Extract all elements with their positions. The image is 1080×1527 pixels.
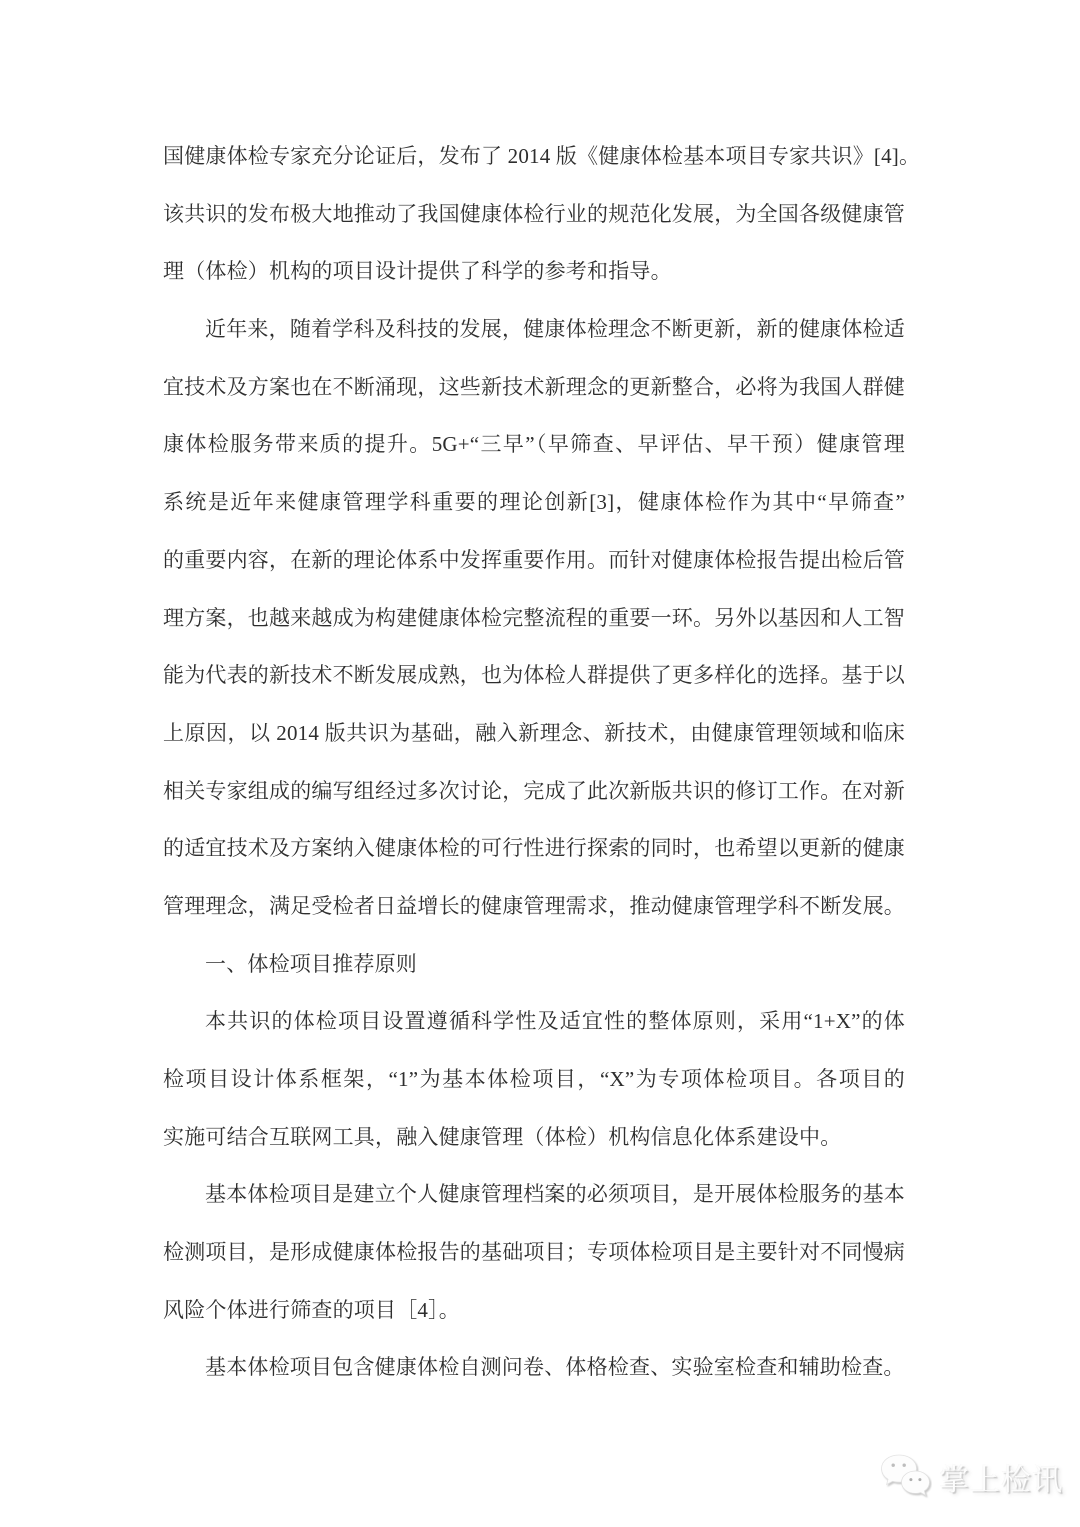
text-line: 近年来，随着学科及科技的发展，健康体检理念不断更新，新的健康体检适 [163,301,905,359]
text-line: 国健康体检专家充分论证后，发布了 2014 版《健康体检基本项目专家共识》[4]… [163,128,905,186]
watermark-label: 掌上检讯 [939,1455,1063,1499]
text-line: 该共识的发布极大地推动了我国健康体检行业的规范化发展，为全国各级健康管 [163,186,905,244]
text-line: 基本体检项目包含健康体检自测问卷、体格检查、实验室检查和辅助检查。 [163,1339,905,1397]
wechat-bubbles-icon [878,1452,932,1502]
text-line: 的适宜技术及方案纳入健康体检的可行性进行探索的同时，也希望以更新的健康 [163,820,905,878]
watermark: 掌上检讯 [878,1446,1068,1508]
section-heading: 一、体检项目推荐原则 [163,936,905,994]
paragraph: 基本体检项目是建立个人健康管理档案的必须项目，是开展体检服务的基本检测项目，是形… [163,1166,905,1339]
text-line: 实施可结合互联网工具，融入健康管理（体检）机构信息化体系建设中。 [163,1109,905,1167]
text-line: 康体检服务带来质的提升。5G+“三早”（早筛查、早评估、早干预）健康管理 [163,416,905,474]
text-line: 系统是近年来健康管理学科重要的理论创新[3]，健康体检作为其中“早筛查” [163,474,905,532]
paragraph: 国健康体检专家充分论证后，发布了 2014 版《健康体检基本项目专家共识》[4]… [163,128,905,301]
text-line: 检测项目，是形成健康体检报告的基础项目；专项体检项目是主要针对不同慢病 [163,1224,905,1282]
text-line: 基本体检项目是建立个人健康管理档案的必须项目，是开展体检服务的基本 [163,1166,905,1224]
text-line: 相关专家组成的编写组经过多次讨论，完成了此次新版共识的修订工作。在对新 [163,763,905,821]
text-line: 本共识的体检项目设置遵循科学性及适宜性的整体原则，采用“1+X”的体 [163,993,905,1051]
paragraph: 本共识的体检项目设置遵循科学性及适宜性的整体原则，采用“1+X”的体检项目设计体… [163,993,905,1166]
text-line: 上原因，以 2014 版共识为基础，融入新理念、新技术，由健康管理领域和临床 [163,705,905,763]
text-line: 理方案，也越来越成为构建健康体检完整流程的重要一环。另外以基因和人工智 [163,590,905,648]
text-line: 能为代表的新技术不断发展成熟，也为体检人群提供了更多样化的选择。基于以 [163,647,905,705]
text-line: 理（体检）机构的项目设计提供了科学的参考和指导。 [163,243,905,301]
paragraph: 近年来，随着学科及科技的发展，健康体检理念不断更新，新的健康体检适宜技术及方案也… [163,301,905,936]
text-line: 检项目设计体系框架，“1”为基本体检项目，“X”为专项体检项目。各项目的 [163,1051,905,1109]
text-line: 风险个体进行筛查的项目［4］。 [163,1282,905,1340]
document-body: 国健康体检专家充分论证后，发布了 2014 版《健康体检基本项目专家共识》[4]… [163,128,905,1397]
text-line: 的重要内容，在新的理论体系中发挥重要作用。而针对健康体检报告提出检后管 [163,532,905,590]
text-line: 宜技术及方案也在不断涌现，这些新技术新理念的更新整合，必将为我国人群健 [163,359,905,417]
document-page: 国健康体检专家充分论证后，发布了 2014 版《健康体检基本项目专家共识》[4]… [0,0,1080,1527]
paragraph: 一、体检项目推荐原则 [163,936,905,994]
text-line: 管理理念，满足受检者日益增长的健康管理需求，推动健康管理学科不断发展。 [163,878,905,936]
paragraph: 基本体检项目包含健康体检自测问卷、体格检查、实验室检查和辅助检查。 [163,1339,905,1397]
